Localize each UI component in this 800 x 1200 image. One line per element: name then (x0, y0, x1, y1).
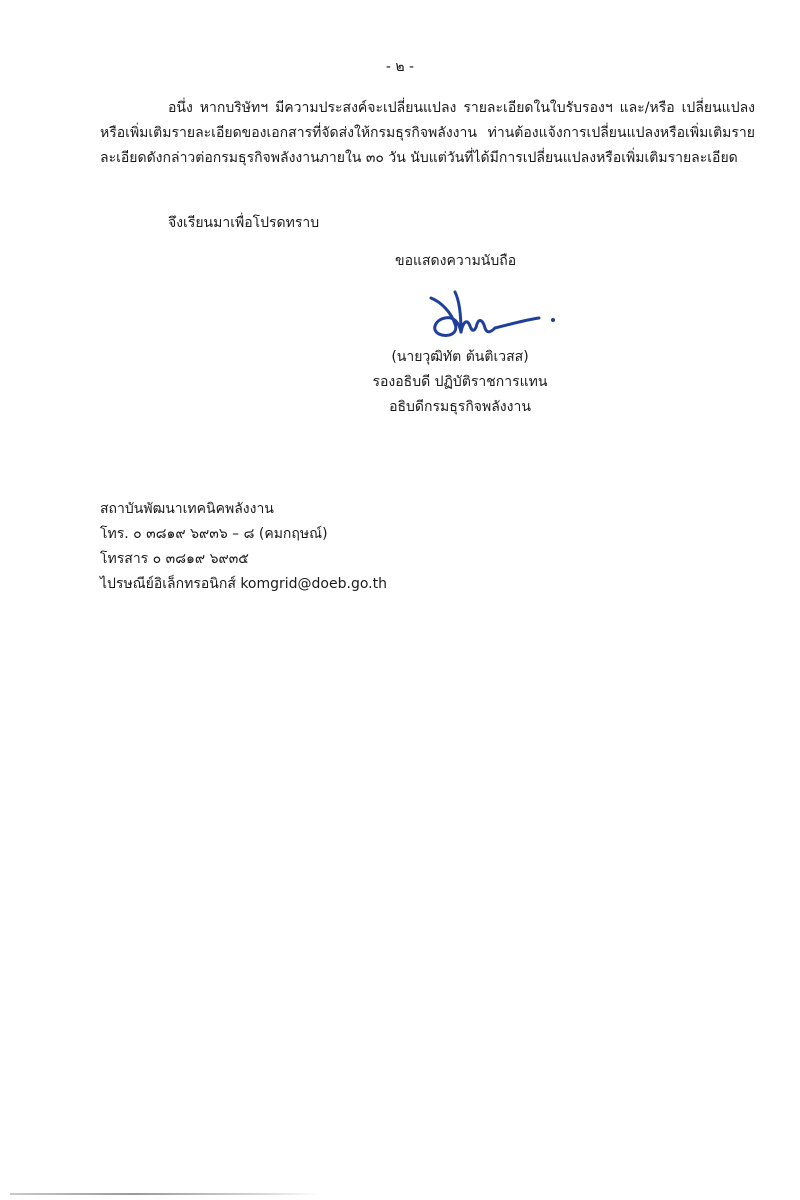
handwritten-signature-icon (425, 288, 560, 340)
contact-block: สถาบันพัฒนาเทคนิคพลังงาน โทร. ๐ ๓๘๑๙ ๖๙๓… (100, 497, 387, 597)
regards-text: ขอแสดงความนับถือ (395, 250, 516, 272)
signer-details: (นายวุฒิทัต ต้นติเวสส) รองอธิบดี ปฏิบัติ… (340, 345, 580, 420)
closing-line: จึงเรียนมาเพื่อโปรดทราบ (168, 213, 319, 233)
signer-name: (นายวุฒิทัต ต้นติเวสส) (340, 345, 580, 370)
signer-department: อธิบดีกรมธุรกิจพลังงาน (340, 395, 580, 420)
body-paragraph: อนึ่ง หากบริษัทฯ มีความประสงค์จะเปลี่ยนแ… (100, 96, 755, 171)
contact-phone: โทร. ๐ ๓๘๑๙ ๖๙๓๖ – ๘ (คมกฤษณ์) (100, 522, 387, 547)
contact-fax: โทรสาร ๐ ๓๘๑๙ ๖๙๓๕ (100, 547, 387, 572)
page-number: - ๒ - (0, 56, 800, 78)
contact-office: สถาบันพัฒนาเทคนิคพลังงาน (100, 497, 387, 522)
contact-email: ไปรษณีย์อิเล็กทรอนิกส์ komgrid@doeb.go.t… (100, 572, 387, 597)
scan-edge-line (10, 1193, 320, 1195)
body-paragraph-text: อนึ่ง หากบริษัทฯ มีความประสงค์จะเปลี่ยนแ… (100, 100, 755, 166)
signer-position: รองอธิบดี ปฏิบัติราชการแทน (340, 370, 580, 395)
